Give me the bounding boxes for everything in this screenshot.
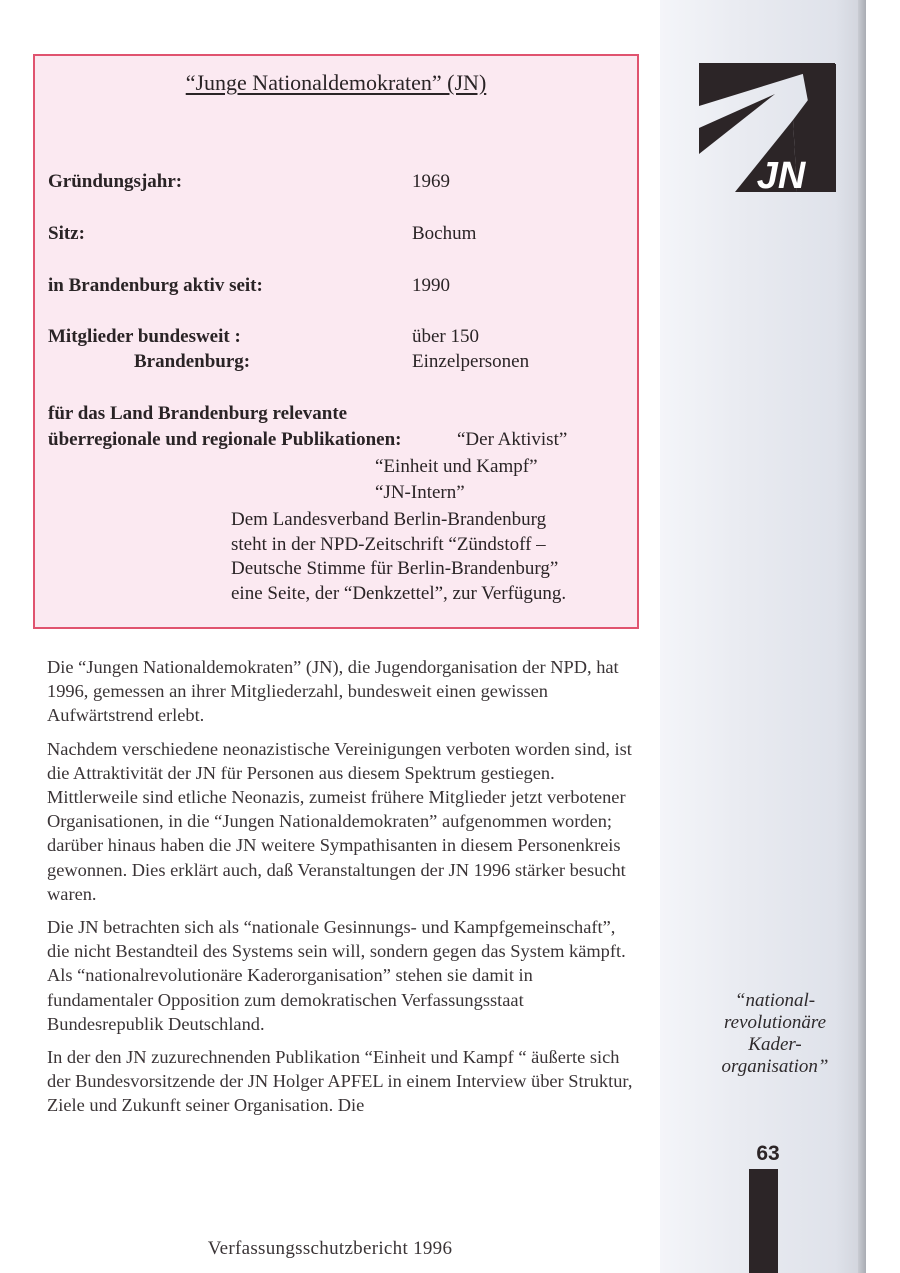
info-box-title: “Junge Nationaldemokraten” (JN) bbox=[35, 70, 637, 96]
body-paragraph: Die JN betrachten sich als “nationale Ge… bbox=[47, 915, 639, 1036]
publication-note-line: steht in der NPD-Zeitschrift “Zündstoff … bbox=[231, 533, 631, 558]
seat-value: Bochum bbox=[412, 223, 476, 245]
body-text: Die “Jungen Nationaldemokraten” (JN), di… bbox=[47, 655, 639, 1127]
margin-note-line: Kader- bbox=[690, 1034, 860, 1056]
members-nationwide-value: über 150 bbox=[412, 326, 479, 348]
members-brandenburg-value: Einzelpersonen bbox=[412, 351, 529, 373]
publication-note-line: Dem Landesverband Berlin-Brandenburg bbox=[231, 508, 631, 533]
founding-year-value: 1969 bbox=[412, 171, 450, 193]
publication-note-line: eine Seite, der “Denkzettel”, zur Verfüg… bbox=[231, 582, 631, 607]
publications-label-line1: für das Land Brandenburg relevante bbox=[48, 401, 347, 427]
members-brandenburg-label: Brandenburg: bbox=[134, 351, 250, 373]
page-spine-edge bbox=[858, 0, 866, 1273]
logo-text: JN bbox=[757, 155, 807, 194]
members-nationwide-label: Mitglieder bundesweit : bbox=[48, 326, 241, 348]
active-since-label: in Brandenburg aktiv seit: bbox=[48, 275, 263, 297]
publication-note: Dem Landesverband Berlin-Brandenburg ste… bbox=[231, 508, 631, 606]
page-number: 63 bbox=[748, 1142, 788, 1166]
founding-year-label: Gründungsjahr: bbox=[48, 171, 182, 193]
jn-logo-icon: JN bbox=[697, 62, 837, 194]
margin-note-line: organisation” bbox=[690, 1056, 860, 1078]
page-marker-bar bbox=[749, 1169, 778, 1273]
active-since-value: 1990 bbox=[412, 275, 450, 297]
publication-item: “Einheit und Kampf” bbox=[375, 456, 538, 478]
publication-item: “Der Aktivist” bbox=[457, 429, 567, 451]
margin-note: “national- revolutionäre Kader- organisa… bbox=[690, 990, 860, 1078]
publication-note-line: Deutsche Stimme für Berlin-Brandenburg” bbox=[231, 557, 631, 582]
margin-note-line: revolutionäre bbox=[690, 1012, 860, 1034]
publication-item: “JN-Intern” bbox=[375, 482, 465, 504]
organization-info-box: “Junge Nationaldemokraten” (JN) Gründung… bbox=[33, 54, 639, 629]
seat-label: Sitz: bbox=[48, 223, 85, 245]
publications-label-line2: überregionale und regionale Publikatione… bbox=[48, 427, 401, 453]
body-paragraph: Nachdem verschiedene neonazistische Vere… bbox=[47, 737, 639, 906]
body-paragraph: In der den JN zuzurechnenden Publikation… bbox=[47, 1045, 639, 1118]
page-footer: Verfassungsschutzbericht 1996 bbox=[0, 1238, 660, 1260]
margin-note-line: “national- bbox=[690, 990, 860, 1012]
body-paragraph: Die “Jungen Nationaldemokraten” (JN), di… bbox=[47, 655, 639, 728]
